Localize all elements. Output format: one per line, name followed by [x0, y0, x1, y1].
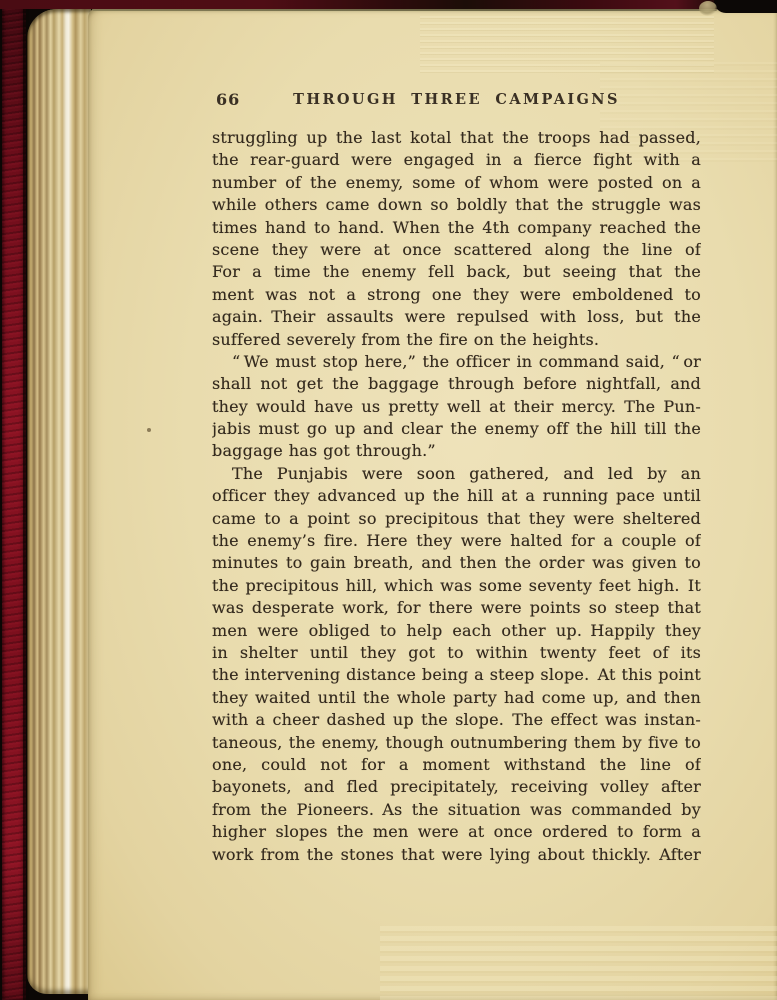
text-line: For a time the enemy fell back, but seei… [212, 261, 701, 283]
body-text: struggling up the last kotal that the tr… [212, 127, 701, 866]
text-line: number of the enemy, some of whom were p… [212, 172, 701, 194]
text-line: they would have us pretty well at their … [212, 396, 701, 418]
text-line: higher slopes the men were at once order… [212, 821, 701, 843]
text-line: one, could not for a moment withstand th… [212, 754, 701, 776]
text-line: struggling up the last kotal that the tr… [212, 127, 701, 149]
text-line: baggage has got through.” [212, 440, 701, 462]
text-line: again. Their assaults were repulsed with… [212, 306, 701, 328]
text-line: ment was not a strong one they were embo… [212, 284, 701, 306]
text-line: the rear-guard were engaged in a fierce … [212, 149, 701, 171]
top-right-dark-corner [714, 0, 777, 13]
text-line: in shelter until they got to within twen… [212, 642, 701, 664]
top-dark-strip [0, 0, 777, 9]
text-line: bayonets, and fled precipitately, receiv… [212, 776, 701, 798]
page-number: 66 [216, 90, 240, 109]
text-line: the precipitous hill, which was some sev… [212, 575, 701, 597]
text-line: jabis must go up and clear the enemy off… [212, 418, 701, 440]
page-corner-glint [699, 1, 717, 16]
text-line: officer they advanced up the hill at a r… [212, 485, 701, 507]
text-line: suffered severely from the fire on the h… [212, 329, 701, 351]
text-line: “ We must stop here,” the officer in com… [212, 351, 701, 373]
text-line: men were obliged to help each other up. … [212, 620, 701, 642]
running-title: THROUGH THREE CAMPAIGNS [293, 91, 620, 108]
margin-ink-speck [147, 428, 151, 432]
stacked-page-edges [27, 9, 91, 994]
text-line: was desperate work, for there were point… [212, 597, 701, 619]
page-header: 66 THROUGH THREE CAMPAIGNS [212, 90, 701, 110]
text-line: times hand to hand. When the 4th company… [212, 217, 701, 239]
text-line: came to a point so precipitous that they… [212, 508, 701, 530]
text-line: The Punjabis were soon gathered, and led… [212, 463, 701, 485]
text-line: scene they were at once scattered along … [212, 239, 701, 261]
text-line: with a cheer dashed up the slope. The ef… [212, 709, 701, 731]
text-line: work from the stones that were lying abo… [212, 844, 701, 866]
printed-text-block: 66 THROUGH THREE CAMPAIGNS struggling up… [212, 90, 701, 866]
text-line: the intervening distance being a steep s… [212, 664, 701, 686]
text-line: they waited until the whole party had co… [212, 687, 701, 709]
text-line: minutes to gain breath, and then the ord… [212, 552, 701, 574]
text-line: taneous, the enemy, though outnumbering … [212, 732, 701, 754]
text-line: while others came down so boldly that th… [212, 194, 701, 216]
text-line: shall not get the baggage through before… [212, 373, 701, 395]
text-line: the enemy’s fire. Here they were halted … [212, 530, 701, 552]
text-line: from the Pioneers. As the situation was … [212, 799, 701, 821]
